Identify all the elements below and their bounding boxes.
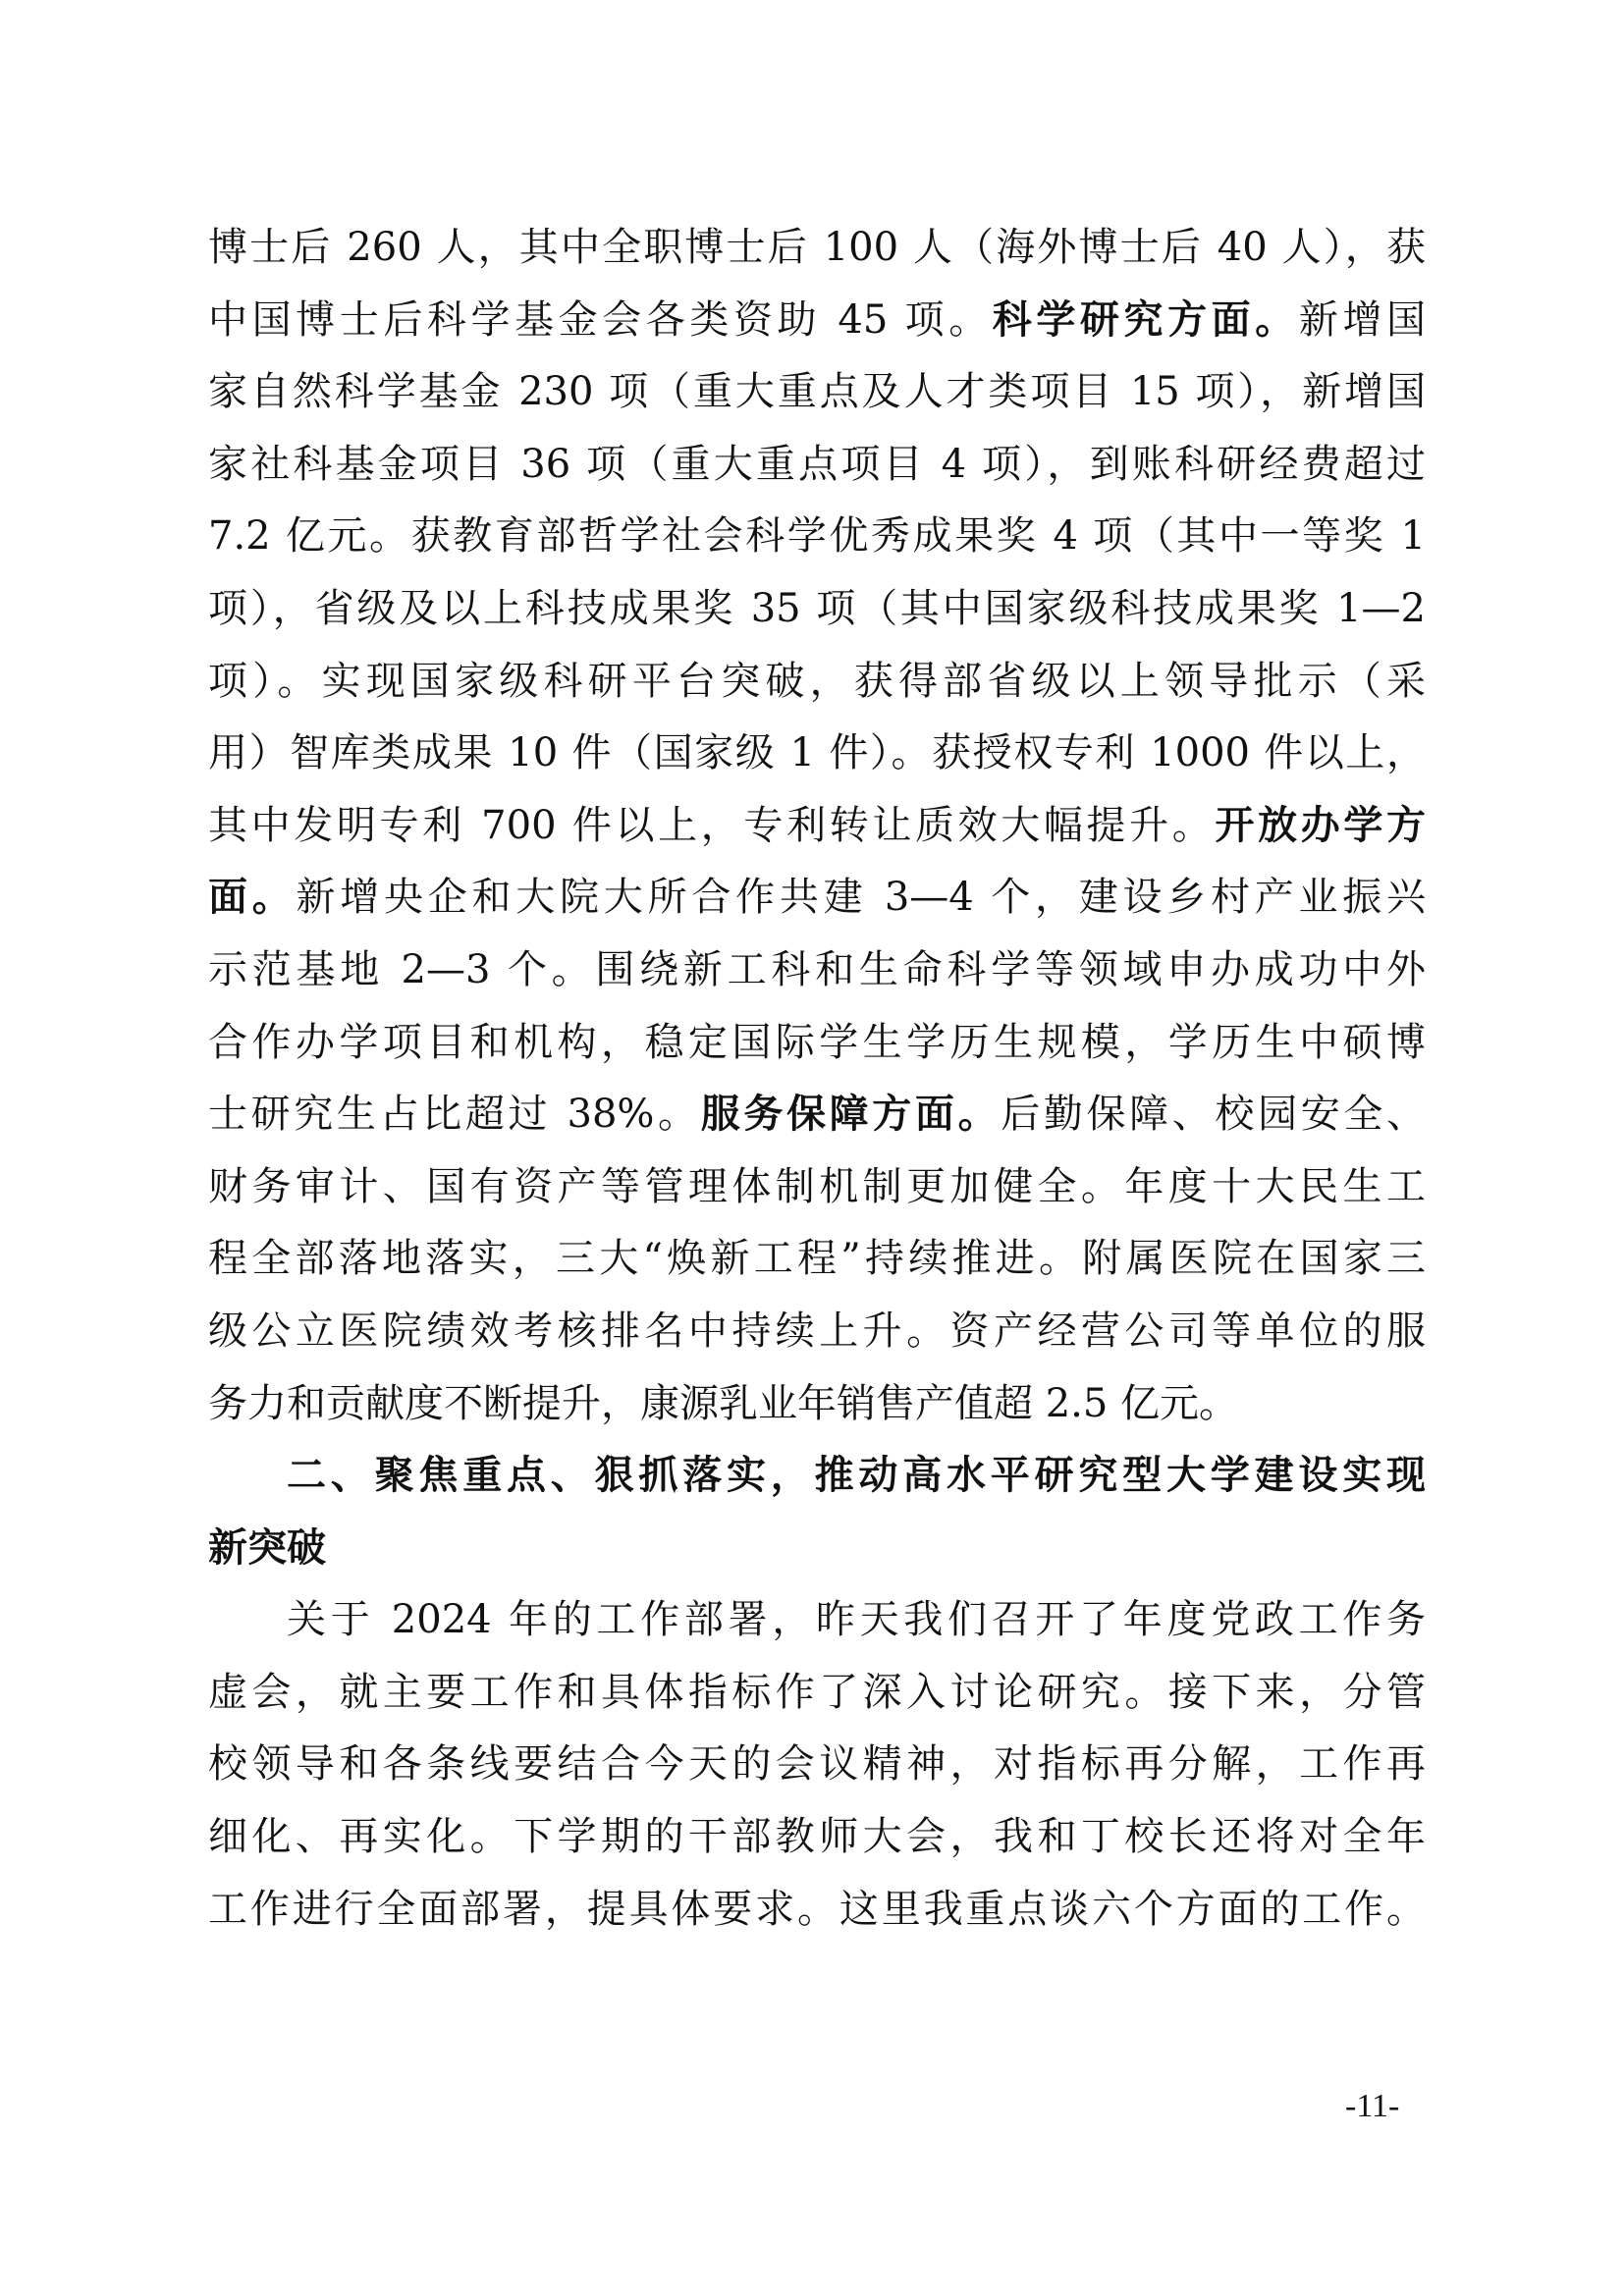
paragraph-line: 虚会，就主要工作和具体指标作了深入讨论研究。接下来，分管	[208, 1657, 1426, 1730]
text-segment: 用）智库类成果 10 件（国家级 1 件）。获授权专利 1000 件以上，	[208, 730, 1426, 775]
bold-topic-label: 服务保障方面。	[701, 1092, 1001, 1137]
paragraph-line: 合作办学项目和机构，稳定国际学生学历生规模，学历生中硕博	[208, 1007, 1426, 1080]
text-segment: 士研究生占比超过 38%。	[208, 1092, 701, 1137]
page-number: -11-	[1345, 2083, 1399, 2130]
paragraph-line: 家自然科学基金 230 项（重大重点及人才类项目 15 项），新增国	[208, 356, 1426, 429]
bold-topic-label: 科学研究方面。	[993, 297, 1299, 343]
paragraph-line: 用）智库类成果 10 件（国家级 1 件）。获授权专利 1000 件以上，	[208, 718, 1426, 790]
paragraph-line: 项）。实现国家级科研平台突破，获得部省级以上领导批示（采	[208, 646, 1426, 719]
text-segment: 新增央企和大院大所合作共建 3—4 个，建设乡村产业振兴	[297, 875, 1427, 920]
text-segment: 其中发明专利 700 件以上，专利转让质效大幅提升。	[208, 803, 1215, 848]
text-segment: 中国博士后科学基金会各类资助 45 项。	[208, 297, 993, 343]
text-segment: 博士后 260 人，其中全职博士后 100 人（海外博士后 40 人），获	[208, 225, 1426, 270]
body-text: 博士后 260 人，其中全职博士后 100 人（海外博士后 40 人），获中国博…	[208, 212, 1426, 1946]
text-segment: 家社科基金项目 36 项（重大重点项目 4 项），到账科研经费超过	[208, 442, 1426, 487]
paragraph-line: 示范基地 2—3 个。围绕新工科和生命科学等领域申办成功中外	[208, 934, 1426, 1007]
paragraph-line: 关于 2024 年的工作部署，昨天我们召开了年度党政工作务	[208, 1584, 1426, 1657]
paragraph-line: 工作进行全面部署，提具体要求。这里我重点谈六个方面的工作。	[208, 1874, 1426, 1947]
text-segment: 务力和贡献度不断提升，康源乳业年销售产值超 2.5 亿元。	[208, 1381, 1238, 1426]
paragraph-achievements: 博士后 260 人，其中全职博士后 100 人（海外博士后 40 人），获中国博…	[208, 212, 1426, 1440]
paragraph-line: 其中发明专利 700 件以上，专利转让质效大幅提升。开放办学方	[208, 790, 1426, 863]
paragraph-line: 中国博士后科学基金会各类资助 45 项。科学研究方面。新增国	[208, 285, 1426, 357]
paragraph-line: 项），省级及以上科技成果奖 35 项（其中国家级科技成果奖 1—2	[208, 573, 1426, 646]
bold-topic-label: 开放办学方	[1215, 803, 1426, 848]
paragraph-line: 细化、再实化。下学期的干部教师大会，我和丁校长还将对全年	[208, 1801, 1426, 1874]
paragraph-line: 校领导和各条线要结合今天的会议精神，对指标再分解，工作再	[208, 1729, 1426, 1801]
text-segment: 新增国	[1299, 297, 1426, 343]
section-heading-line-2: 新突破	[208, 1513, 1426, 1585]
text-segment: 合作办学项目和机构，稳定国际学生学历生规模，学历生中硕博	[208, 1020, 1426, 1065]
section-heading-line-1: 二、聚焦重点、狠抓落实，推动高水平研究型大学建设实现	[208, 1440, 1426, 1513]
text-segment: 项）。实现国家级科研平台突破，获得部省级以上领导批示（采	[208, 659, 1426, 704]
text-segment: 后勤保障、校园安全、	[1001, 1092, 1426, 1137]
text-segment: 财务审计、国有资产等管理体制机制更加健全。年度十大民生工	[208, 1164, 1426, 1209]
bold-topic-label: 面。	[208, 875, 297, 920]
paragraph-line: 级公立医院绩效考核排名中持续上升。资产经营公司等单位的服	[208, 1296, 1426, 1368]
text-segment: 程全部落地落实，三大“焕新工程”持续推进。附属医院在国家三	[208, 1236, 1426, 1281]
paragraph-line: 7.2 亿元。获教育部哲学社会科学优秀成果奖 4 项（其中一等奖 1	[208, 501, 1426, 573]
paragraph-line: 家社科基金项目 36 项（重大重点项目 4 项），到账科研经费超过	[208, 429, 1426, 502]
paragraph-line: 面。新增央企和大院大所合作共建 3—4 个，建设乡村产业振兴	[208, 862, 1426, 934]
paragraph-line: 财务审计、国有资产等管理体制机制更加健全。年度十大民生工	[208, 1151, 1426, 1224]
text-segment: 项），省级及以上科技成果奖 35 项（其中国家级科技成果奖 1—2	[208, 586, 1426, 631]
document-page: 博士后 260 人，其中全职博士后 100 人（海外博士后 40 人），获中国博…	[0, 0, 1624, 2296]
text-segment: 示范基地 2—3 个。围绕新工科和生命科学等领域申办成功中外	[208, 947, 1426, 992]
paragraph-line: 务力和贡献度不断提升，康源乳业年销售产值超 2.5 亿元。	[208, 1368, 1426, 1441]
text-segment: 7.2 亿元。获教育部哲学社会科学优秀成果奖 4 项（其中一等奖 1	[208, 513, 1426, 559]
text-segment: 级公立医院绩效考核排名中持续上升。资产经营公司等单位的服	[208, 1308, 1426, 1354]
paragraph-line: 博士后 260 人，其中全职博士后 100 人（海外博士后 40 人），获	[208, 212, 1426, 285]
paragraph-line: 士研究生占比超过 38%。服务保障方面。后勤保障、校园安全、	[208, 1079, 1426, 1151]
text-segment: 家自然科学基金 230 项（重大重点及人才类项目 15 项），新增国	[208, 369, 1426, 414]
paragraph-line: 程全部落地落实，三大“焕新工程”持续推进。附属医院在国家三	[208, 1223, 1426, 1296]
